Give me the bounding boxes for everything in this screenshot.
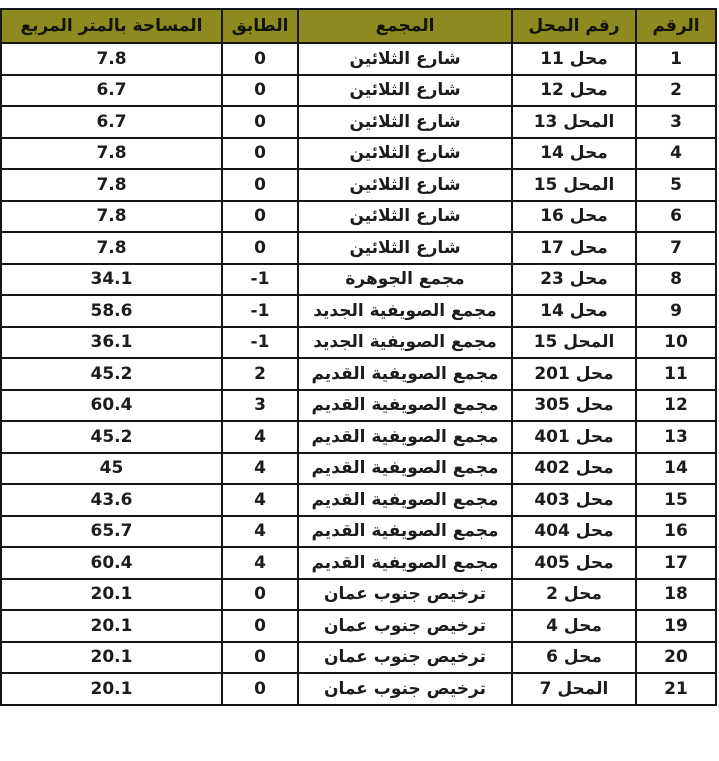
cell-complex: مجمع الصويفية القديم [298,453,512,485]
cell-floor: 3 [222,390,298,422]
cell-number: 16 [636,516,716,548]
table-row: 5المحل 15شارع الثلائين07.8 [1,169,716,201]
cell-area: 45.2 [1,358,222,390]
cell-shop-number: محل 403 [512,484,636,516]
cell-area: 45 [1,453,222,485]
table-row: 8محل 23مجمع الجوهرة-134.1 [1,264,716,296]
cell-complex: شارع الثلائين [298,232,512,264]
cell-area: 34.1 [1,264,222,296]
cell-shop-number: محل 201 [512,358,636,390]
cell-floor: -1 [222,327,298,359]
cell-shop-number: محل 4 [512,610,636,642]
cell-complex: مجمع الصويفية الجديد [298,327,512,359]
table-row: 12محل 305مجمع الصويفية القديم360.4 [1,390,716,422]
cell-area: 7.8 [1,138,222,170]
cell-area: 36.1 [1,327,222,359]
cell-floor: 4 [222,421,298,453]
cell-floor: 0 [222,201,298,233]
cell-complex: ترخيص جنوب عمان [298,673,512,705]
cell-complex: مجمع الجوهرة [298,264,512,296]
cell-complex: شارع الثلائين [298,169,512,201]
cell-number: 7 [636,232,716,264]
cell-number: 4 [636,138,716,170]
table-row: 2محل 12شارع الثلائين06.7 [1,75,716,107]
table-row: 10المحل 15مجمع الصويفية الجديد-136.1 [1,327,716,359]
cell-complex: مجمع الصويفية الجديد [298,295,512,327]
cell-area: 65.7 [1,516,222,548]
cell-number: 8 [636,264,716,296]
cell-complex: مجمع الصويفية القديم [298,390,512,422]
cell-complex: شارع الثلائين [298,43,512,75]
cell-area: 6.7 [1,75,222,107]
cell-complex: مجمع الصويفية القديم [298,358,512,390]
shops-table: الرقم رقم المحل المجمع الطابق المساحة با… [0,8,717,706]
table-row: 14محل 402مجمع الصويفية القديم445 [1,453,716,485]
cell-complex: مجمع الصويفية القديم [298,421,512,453]
cell-complex: شارع الثلائين [298,138,512,170]
cell-complex: مجمع الصويفية القديم [298,484,512,516]
header-row: الرقم رقم المحل المجمع الطابق المساحة با… [1,9,716,43]
table-row: 4محل 14شارع الثلائين07.8 [1,138,716,170]
cell-number: 2 [636,75,716,107]
cell-number: 18 [636,579,716,611]
cell-shop-number: محل 6 [512,642,636,674]
cell-floor: 0 [222,673,298,705]
cell-shop-number: محل 11 [512,43,636,75]
table-row: 19محل 4ترخيص جنوب عمان020.1 [1,610,716,642]
cell-shop-number: محل 16 [512,201,636,233]
cell-floor: 0 [222,610,298,642]
cell-area: 7.8 [1,169,222,201]
cell-number: 17 [636,547,716,579]
cell-area: 60.4 [1,547,222,579]
cell-floor: 4 [222,516,298,548]
cell-complex: مجمع الصويفية القديم [298,516,512,548]
cell-number: 1 [636,43,716,75]
cell-number: 21 [636,673,716,705]
cell-area: 43.6 [1,484,222,516]
cell-area: 7.8 [1,232,222,264]
cell-shop-number: محل 405 [512,547,636,579]
cell-shop-number: محل 404 [512,516,636,548]
column-header-area: المساحة بالمتر المربع [1,9,222,43]
cell-complex: مجمع الصويفية القديم [298,547,512,579]
cell-shop-number: محل 2 [512,579,636,611]
cell-area: 45.2 [1,421,222,453]
cell-shop-number: محل 23 [512,264,636,296]
cell-area: 7.8 [1,201,222,233]
cell-floor: 0 [222,106,298,138]
cell-area: 7.8 [1,43,222,75]
cell-floor: 2 [222,358,298,390]
cell-area: 58.6 [1,295,222,327]
table-row: 9محل 14مجمع الصويفية الجديد-158.6 [1,295,716,327]
cell-floor: 0 [222,642,298,674]
table-row: 21المحل 7ترخيص جنوب عمان020.1 [1,673,716,705]
cell-complex: ترخيص جنوب عمان [298,642,512,674]
cell-number: 12 [636,390,716,422]
table-row: 16محل 404مجمع الصويفية القديم465.7 [1,516,716,548]
cell-shop-number: محل 402 [512,453,636,485]
cell-area: 20.1 [1,642,222,674]
cell-number: 6 [636,201,716,233]
cell-floor: -1 [222,295,298,327]
cell-floor: 4 [222,453,298,485]
column-header-complex: المجمع [298,9,512,43]
cell-floor: 4 [222,547,298,579]
cell-area: 20.1 [1,673,222,705]
cell-shop-number: محل 14 [512,138,636,170]
table-row: 7محل 17شارع الثلائين07.8 [1,232,716,264]
table-row: 15محل 403مجمع الصويفية القديم443.6 [1,484,716,516]
table-row: 3المحل 13شارع الثلائين06.7 [1,106,716,138]
cell-complex: شارع الثلائين [298,75,512,107]
cell-complex: ترخيص جنوب عمان [298,579,512,611]
table-row: 13محل 401مجمع الصويفية القديم445.2 [1,421,716,453]
cell-number: 5 [636,169,716,201]
cell-shop-number: محل 305 [512,390,636,422]
cell-floor: 0 [222,169,298,201]
cell-complex: شارع الثلائين [298,201,512,233]
cell-floor: 0 [222,75,298,107]
cell-number: 15 [636,484,716,516]
cell-floor: 0 [222,43,298,75]
cell-floor: 0 [222,138,298,170]
cell-shop-number: المحل 15 [512,169,636,201]
cell-shop-number: محل 12 [512,75,636,107]
table-row: 18محل 2ترخيص جنوب عمان020.1 [1,579,716,611]
cell-shop-number: محل 17 [512,232,636,264]
cell-area: 20.1 [1,579,222,611]
cell-number: 20 [636,642,716,674]
cell-floor: 4 [222,484,298,516]
cell-shop-number: محل 401 [512,421,636,453]
cell-complex: ترخيص جنوب عمان [298,610,512,642]
cell-area: 20.1 [1,610,222,642]
cell-number: 11 [636,358,716,390]
cell-shop-number: المحل 13 [512,106,636,138]
cell-number: 13 [636,421,716,453]
cell-floor: -1 [222,264,298,296]
cell-shop-number: المحل 15 [512,327,636,359]
cell-number: 9 [636,295,716,327]
table-row: 11محل 201مجمع الصويفية القديم245.2 [1,358,716,390]
column-header-floor: الطابق [222,9,298,43]
cell-number: 19 [636,610,716,642]
column-header-number: الرقم [636,9,716,43]
cell-floor: 0 [222,579,298,611]
cell-shop-number: محل 14 [512,295,636,327]
cell-shop-number: المحل 7 [512,673,636,705]
column-header-shop-number: رقم المحل [512,9,636,43]
shops-table-container: الرقم رقم المحل المجمع الطابق المساحة با… [0,0,719,708]
table-row: 1محل 11شارع الثلائين07.8 [1,43,716,75]
table-row: 20محل 6ترخيص جنوب عمان020.1 [1,642,716,674]
cell-number: 10 [636,327,716,359]
cell-number: 14 [636,453,716,485]
cell-area: 6.7 [1,106,222,138]
table-row: 17محل 405مجمع الصويفية القديم460.4 [1,547,716,579]
cell-area: 60.4 [1,390,222,422]
cell-number: 3 [636,106,716,138]
table-row: 6محل 16شارع الثلائين07.8 [1,201,716,233]
cell-floor: 0 [222,232,298,264]
cell-complex: شارع الثلائين [298,106,512,138]
